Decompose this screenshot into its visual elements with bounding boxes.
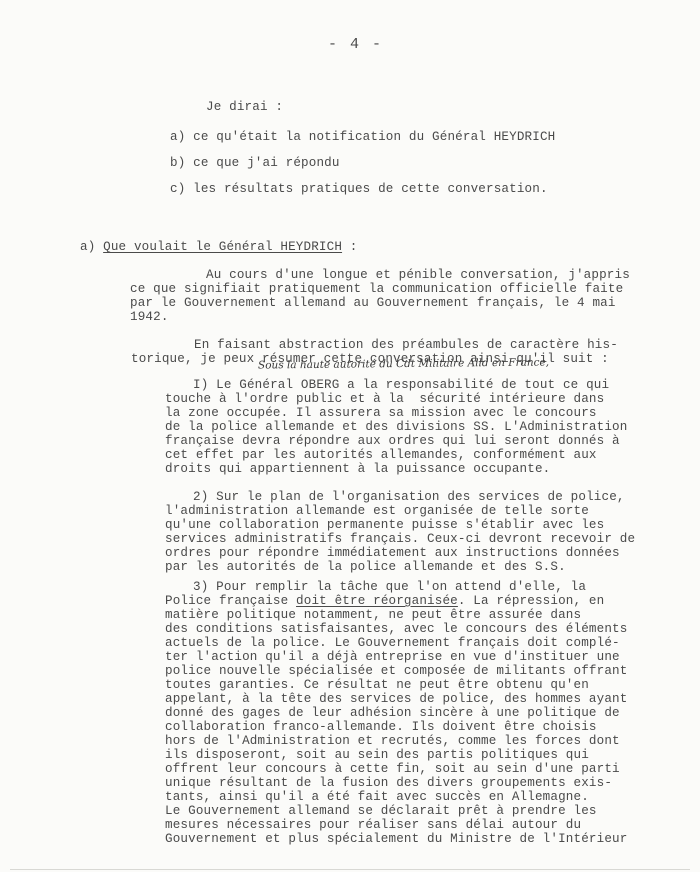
section-a-prefix: a) [80,240,103,254]
point2-line: l'administration allemande est organisée… [165,504,589,518]
point3-line: collaboration franco-allemande. Ils doiv… [165,720,597,734]
para1-line: 1942. [130,310,169,324]
section-a-suffix: : [342,240,357,254]
point3-line-emphasis: Police française doit être réorganisée. … [165,594,604,608]
point3-line: Gouvernement et plus spécialement du Min… [165,832,627,846]
page-number: - 4 - [328,36,383,53]
point1-line: I) Le Général OBERG a la responsabilité … [193,378,609,392]
intro-item-b: b) ce que j'ai répondu [170,156,340,170]
para2-line: En faisant abstraction des préambules de… [194,338,618,352]
point2-line: services administratifs français. Ceux-c… [165,532,635,546]
point3-line: toutes garanties. Ce résultat ne peut êt… [165,678,589,692]
point3-line: donné des gages de leur adhésion sincère… [165,706,620,720]
intro-item-c: c) les résultats pratiques de cette conv… [170,182,548,196]
intro-lead: Je dirai : [206,100,283,114]
section-a-title: Que voulait le Général HEYDRICH [103,240,342,254]
para1-line: ce que signifiait pratiquement la commun… [130,282,623,296]
point1-line: française devra répondre aux ordres qui … [165,434,620,448]
point1-line: droits qui appartiennent à la puissance … [165,462,550,476]
point3-line: 3) Pour remplir la tâche que l'on attend… [193,580,586,594]
point1-line: de la police allemande et des divisions … [165,420,627,434]
point2-line: ordres pour répondre immédiatement aux i… [165,546,620,560]
intro-item-a: a) ce qu'était la notification du Généra… [170,130,555,144]
section-a-heading: a) Que voulait le Général HEYDRICH : [80,240,357,254]
point3-line: matière politique notamment, ne peut êtr… [165,608,581,622]
point1-line: cet effet par les autorités allemandes, … [165,448,597,462]
point2-line: qu'une collaboration permanente puisse s… [165,518,604,532]
point3-line: tants, ainsi qu'il a été fait avec succè… [165,790,589,804]
point3-line: unique résultant de la fusion des divers… [165,776,612,790]
point3-text: Police française [165,594,296,608]
point3-line: mesures nécessaires pour réaliser sans d… [165,818,581,832]
point3-line: Le Gouvernement allemand se déclarait pr… [165,804,597,818]
para1-line: Au cours d'une longue et pénible convers… [206,268,630,282]
point3-line: hors de l'Administration et recrutés, co… [165,734,620,748]
point3-line: actuels de la police. Le Gouvernement fr… [165,636,620,650]
document-page: - 4 - Je dirai : a) ce qu'était la notif… [0,0,700,872]
point3-text: . La répression, en [458,594,604,608]
point2-line: par les autorités de la police allemande… [165,560,566,574]
point3-line: offrent leur concours à cette fin, soit … [165,762,620,776]
point1-line: touche à l'ordre public et à la sécurité… [165,392,604,406]
point3-line: ils disposeront, soit au sein des partis… [165,748,589,762]
point3-line: police nouvelle spécialisée et composée … [165,664,627,678]
point3-line: appelant, à la tête des services de poli… [165,692,627,706]
point1-line: la zone occupée. Il assurera sa mission … [165,406,597,420]
handwritten-annotation: Sous la haute autorité du Cdt Militaire … [258,356,549,371]
point2-line: 2) Sur le plan de l'organisation des ser… [193,490,625,504]
para1-line: par le Gouvernement allemand au Gouverne… [130,296,616,310]
point3-line: des conditions satisfaisantes, avec le c… [165,622,627,636]
point3-line: ter l'action qu'il a déjà entreprise en … [165,650,620,664]
page-bottom-edge [10,869,690,870]
underlined-phrase: doit être réorganisée [296,594,458,608]
